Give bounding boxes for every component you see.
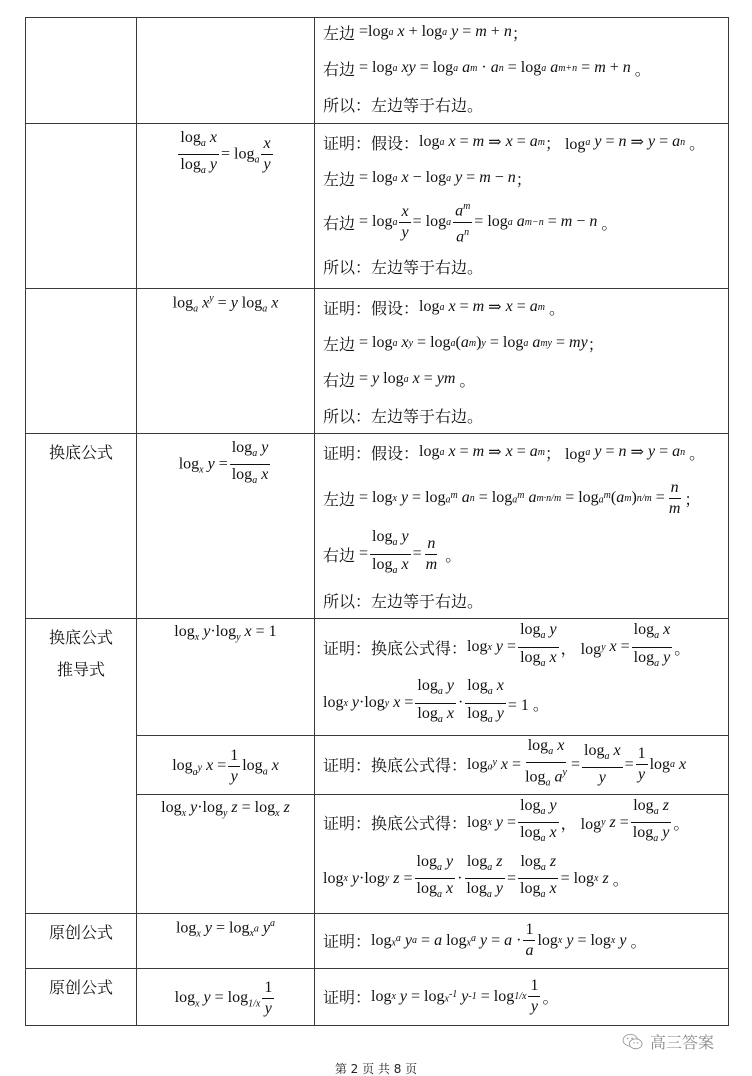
formula-cell: logay x =1yloga x bbox=[137, 736, 315, 795]
table-row: 左边 = loga x + loga y = m + n； 右边 = loga … bbox=[26, 18, 729, 124]
formula-cell: logx y =loga yloga x bbox=[137, 434, 315, 619]
proof-cell: 证明：换底公式得：logay x =loga xloga ay=loga xy=… bbox=[315, 736, 729, 795]
formula-cell: logx y = logxa ya bbox=[137, 913, 315, 968]
proof-cell: 证明：换底公式得：logx y =loga yloga x， logy x =l… bbox=[315, 619, 729, 736]
formula-cell: loga xy = y loga x bbox=[137, 289, 315, 434]
table-row: 原创公式 logx y = log1/x1y 证明：logx y = logx-… bbox=[26, 968, 729, 1025]
table-row: loga xloga y= logaxy 证明：假设：loga x = m ⇒ … bbox=[26, 124, 729, 289]
formula-cell: logx y·logy x = 1 bbox=[137, 619, 315, 736]
log-formula-table: 左边 = loga x + loga y = m + n； 右边 = loga … bbox=[25, 17, 729, 1026]
proof-cell: 证明：假设：loga x = m ⇒ x = am； loga y = n ⇒ … bbox=[315, 434, 729, 619]
page-number: 第 2 页 共 8 页 bbox=[0, 1060, 752, 1076]
proof-cell: 证明：假设：loga x = m ⇒ x = am 。 左边 = loga xy… bbox=[315, 289, 729, 434]
wechat-icon bbox=[622, 1033, 644, 1051]
formula-cell bbox=[137, 18, 315, 124]
formula-cell: loga xloga y= logaxy bbox=[137, 124, 315, 289]
category-label: 原创公式 bbox=[26, 913, 137, 968]
table-row: 换底公式 logx y =loga yloga x 证明：假设：loga x =… bbox=[26, 434, 729, 619]
table-row: 原创公式 logx y = logxa ya 证明：logxa ya = a l… bbox=[26, 913, 729, 968]
proof-cell: 左边 = loga x + loga y = m + n； 右边 = loga … bbox=[315, 18, 729, 124]
category-label: 换底公式 推导式 bbox=[26, 619, 137, 914]
formula-cell: logx y·logy z = logx z bbox=[137, 794, 315, 913]
proof-cell: 证明：假设：loga x = m ⇒ x = am； loga y = n ⇒ … bbox=[315, 124, 729, 289]
proof-cell: 证明：logx y = logx-1 y-1 = log1/x1y。 bbox=[315, 968, 729, 1025]
proof-cell: 证明：换底公式得：logx y =loga yloga x， logy z =l… bbox=[315, 794, 729, 913]
category-label: 原创公式 bbox=[26, 968, 137, 1025]
table-row: 换底公式 推导式 logx y·logy x = 1 证明：换底公式得：logx… bbox=[26, 619, 729, 736]
watermark: 高三答案 bbox=[622, 1030, 714, 1053]
category-cell bbox=[26, 18, 137, 124]
category-label: 换底公式 bbox=[26, 434, 137, 619]
formula-cell: logx y = log1/x1y bbox=[137, 968, 315, 1025]
table-row: loga xy = y loga x 证明：假设：loga x = m ⇒ x … bbox=[26, 289, 729, 434]
proof-cell: 证明：logxa ya = a logxa y = a ·1alogx y = … bbox=[315, 913, 729, 968]
watermark-text: 高三答案 bbox=[650, 1030, 714, 1053]
category-cell bbox=[26, 289, 137, 434]
category-cell bbox=[26, 124, 137, 289]
